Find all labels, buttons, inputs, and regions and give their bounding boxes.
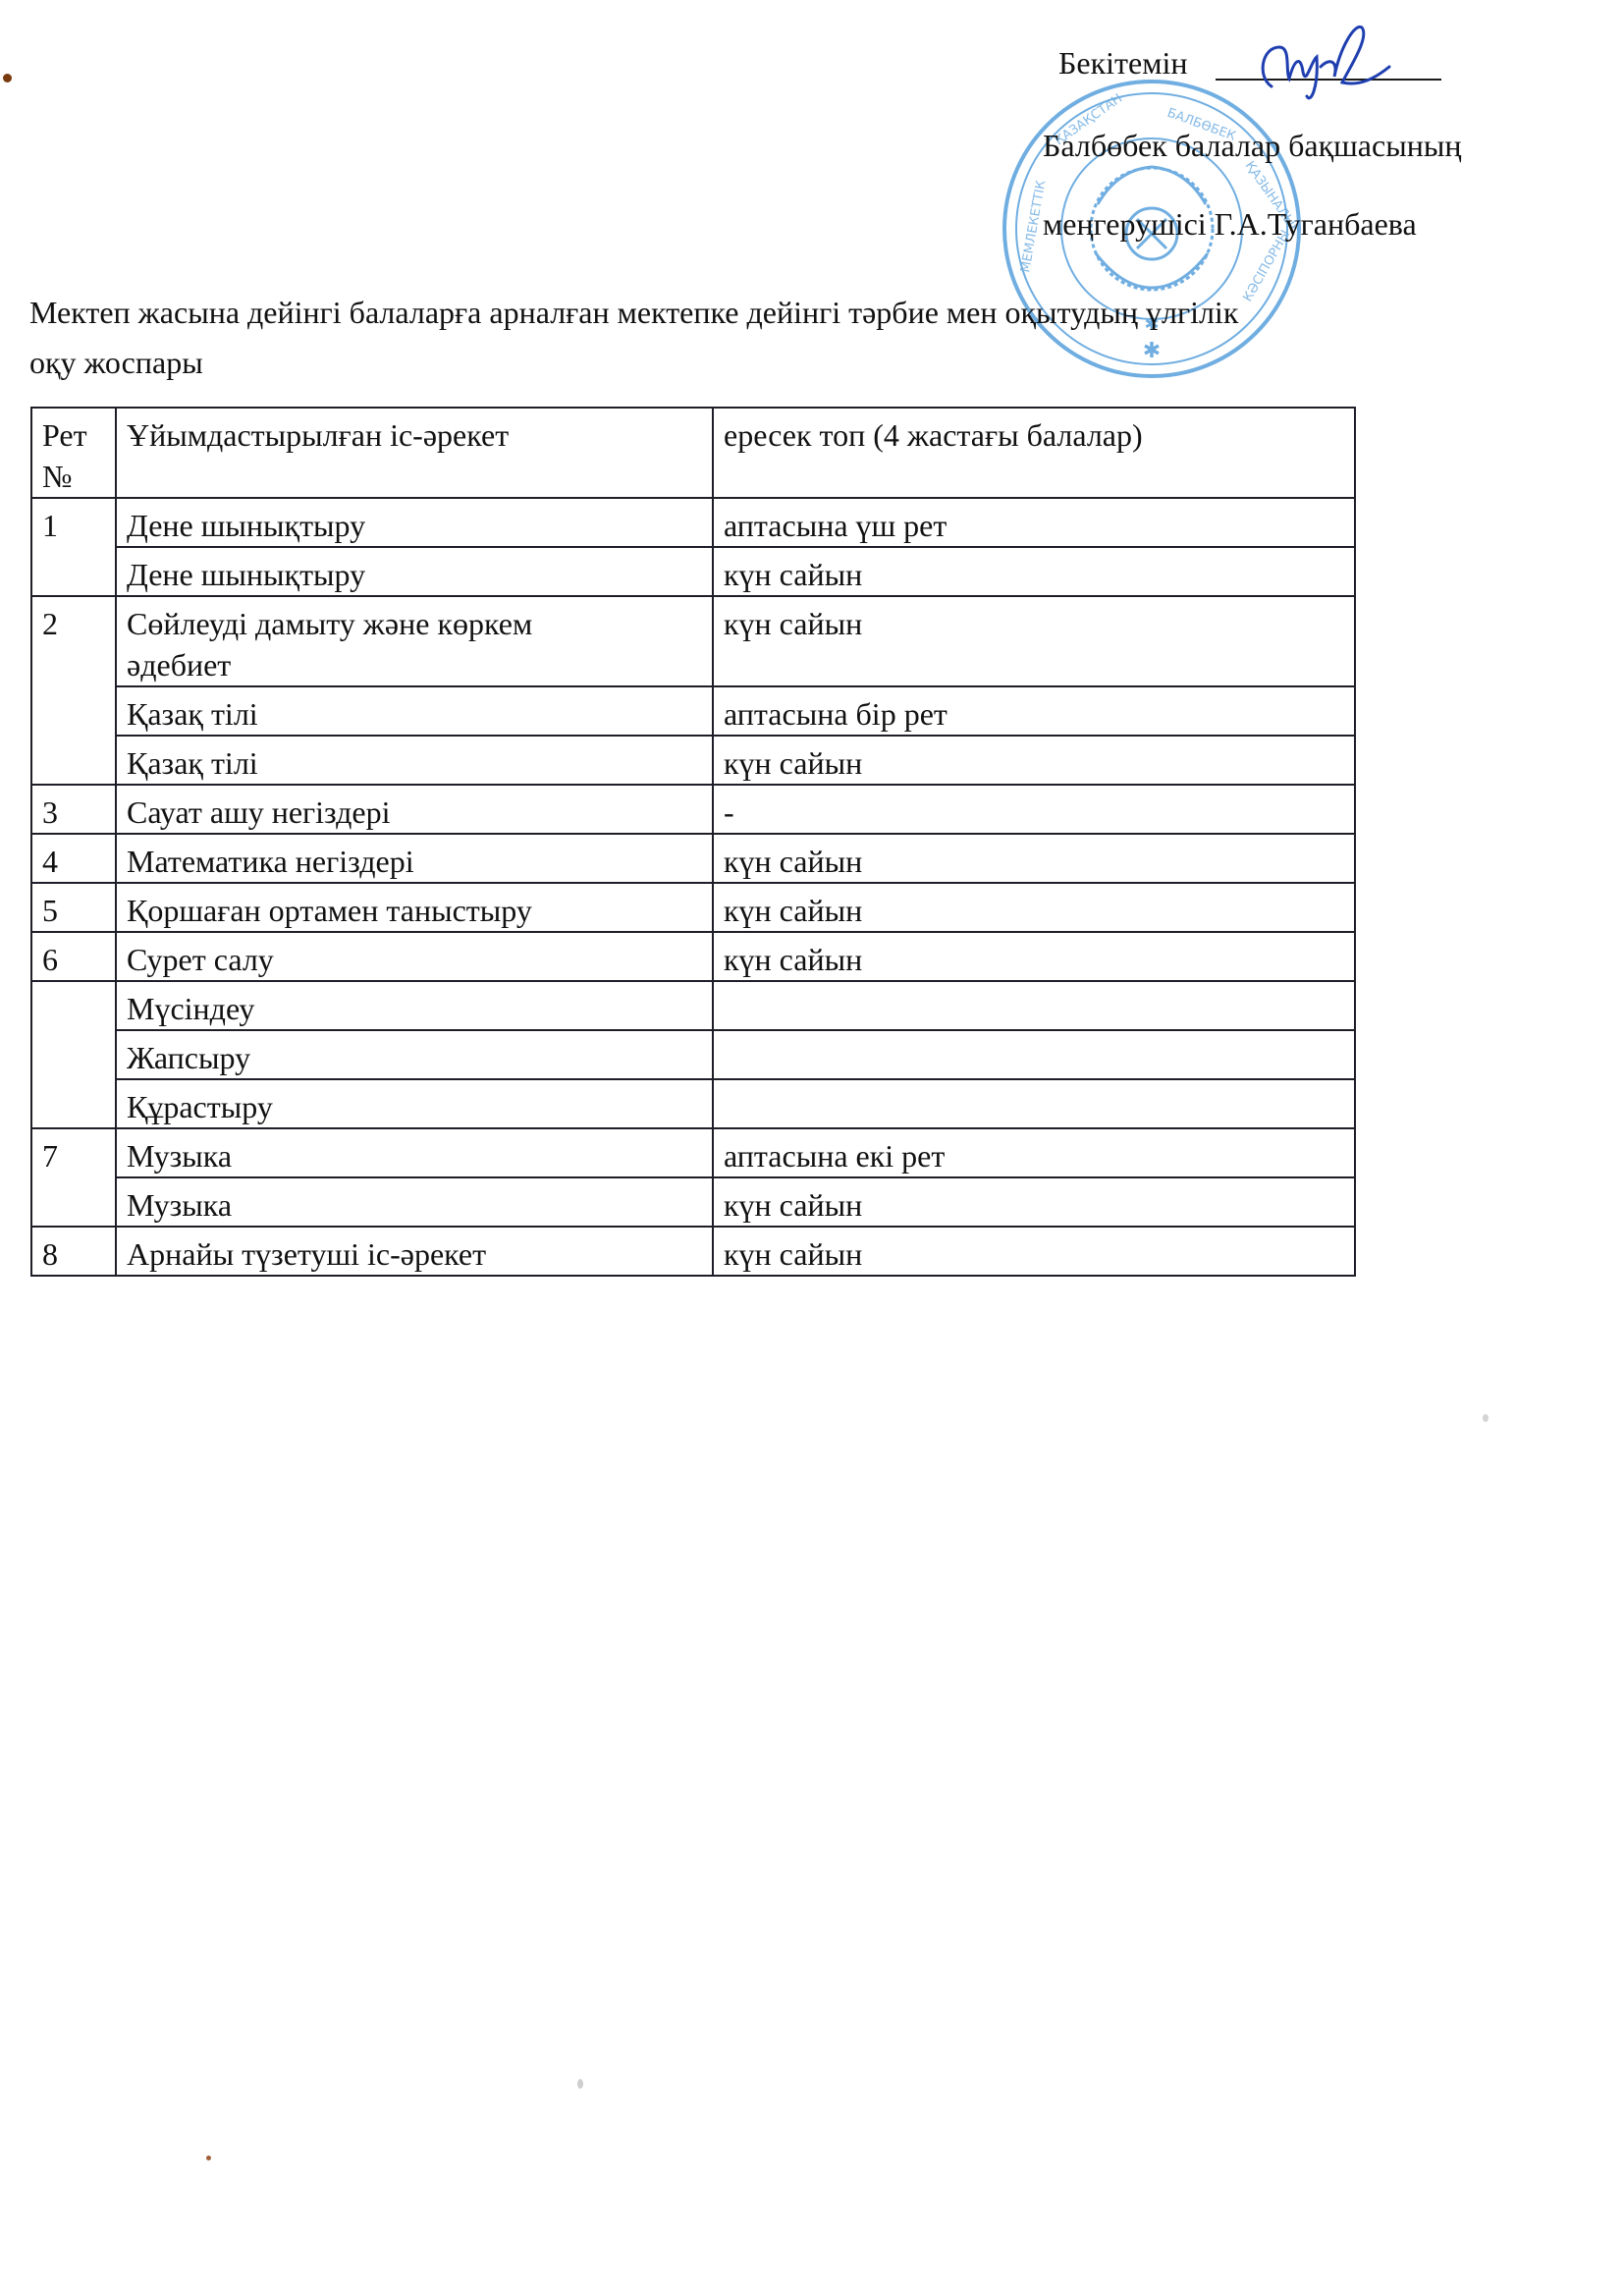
svg-text:✱: ✱ bbox=[1143, 339, 1161, 363]
row-num: 2 bbox=[31, 596, 116, 785]
row-activity: Дене шынықтыру bbox=[116, 498, 713, 547]
signature-mark bbox=[1252, 18, 1399, 106]
row-activity: Арнайы түзетуші іс-әрекет bbox=[116, 1227, 713, 1276]
row-frequency: күн сайын bbox=[713, 736, 1355, 785]
row-num: 4 bbox=[31, 834, 116, 883]
document-title-line-1: Мектеп жасына дейінгі балаларға арналған… bbox=[29, 297, 1238, 328]
row-activity: Жапсыру bbox=[116, 1030, 713, 1079]
curriculum-table: Рет № Ұйымдастырылған іс-әрекет ересек т… bbox=[30, 407, 1356, 1277]
row-frequency: күн сайын bbox=[713, 547, 1355, 596]
table-row: 1 Дене шынықтыру аптасына үш рет bbox=[31, 498, 1355, 547]
table-row: Қазақ тілі күн сайын bbox=[31, 736, 1355, 785]
table-header-row: Рет № Ұйымдастырылған іс-әрекет ересек т… bbox=[31, 408, 1355, 498]
row-activity: Қазақ тілі bbox=[116, 736, 713, 785]
header-group: ересек топ (4 жастағы балалар) bbox=[713, 408, 1355, 498]
row-num: 1 bbox=[31, 498, 116, 596]
row-num: 8 bbox=[31, 1227, 116, 1276]
row-num: 3 bbox=[31, 785, 116, 834]
table-row: Музыка күн сайын bbox=[31, 1177, 1355, 1227]
row-activity: Қоршаған ортамен таныстыру bbox=[116, 883, 713, 932]
organization-name: Балбөбек балалар бақшасының bbox=[1043, 130, 1461, 161]
row-frequency: аптасына екі рет bbox=[713, 1128, 1355, 1177]
row-frequency bbox=[713, 1079, 1355, 1128]
row-frequency: күн сайын bbox=[713, 1177, 1355, 1227]
row-activity: Қазақ тілі bbox=[116, 686, 713, 736]
table-row: Құрастыру bbox=[31, 1079, 1355, 1128]
table-row: 8 Арнайы түзетуші іс-әрекет күн сайын bbox=[31, 1227, 1355, 1276]
row-frequency bbox=[713, 981, 1355, 1030]
table-row: 2 Сөйлеуді дамыту және көркем әдебиет кү… bbox=[31, 596, 1355, 686]
scan-speck bbox=[3, 74, 12, 82]
scan-speck bbox=[206, 2156, 211, 2160]
row-frequency: - bbox=[713, 785, 1355, 834]
row-num: 7 bbox=[31, 1128, 116, 1227]
scan-speck bbox=[1483, 1414, 1489, 1422]
row-activity: Мүсіндеу bbox=[116, 981, 713, 1030]
header-num: Рет № bbox=[31, 408, 116, 498]
row-num bbox=[31, 981, 116, 1128]
row-num: 6 bbox=[31, 932, 116, 981]
row-activity: Дене шынықтыру bbox=[116, 547, 713, 596]
row-frequency: күн сайын bbox=[713, 883, 1355, 932]
approval-label: Бекітемін bbox=[1058, 47, 1187, 79]
table-row: 4 Математика негіздері күн сайын bbox=[31, 834, 1355, 883]
row-frequency: аптасына бір рет bbox=[713, 686, 1355, 736]
row-frequency: күн сайын bbox=[713, 1227, 1355, 1276]
table-row: 6 Сурет салу күн сайын bbox=[31, 932, 1355, 981]
scan-speck bbox=[577, 2079, 583, 2089]
table-row: 5 Қоршаған ортамен таныстыру күн сайын bbox=[31, 883, 1355, 932]
table-row: Дене шынықтыру күн сайын bbox=[31, 547, 1355, 596]
row-num: 5 bbox=[31, 883, 116, 932]
row-activity: Математика негіздері bbox=[116, 834, 713, 883]
header-activity: Ұйымдастырылған іс-әрекет bbox=[116, 408, 713, 498]
table-row: Мүсіндеу bbox=[31, 981, 1355, 1030]
table-row: Қазақ тілі аптасына бір рет bbox=[31, 686, 1355, 736]
row-frequency: күн сайын bbox=[713, 596, 1355, 686]
head-name: меңгерушісі Г.А.Туганбаева bbox=[1043, 208, 1417, 240]
row-activity: Музыка bbox=[116, 1128, 713, 1177]
row-frequency: күн сайын bbox=[713, 932, 1355, 981]
table-row: 7 Музыка аптасына екі рет bbox=[31, 1128, 1355, 1177]
row-frequency: күн сайын bbox=[713, 834, 1355, 883]
row-frequency bbox=[713, 1030, 1355, 1079]
row-frequency: аптасына үш рет bbox=[713, 498, 1355, 547]
row-activity: Сөйлеуді дамыту және көркем әдебиет bbox=[116, 596, 713, 686]
table-row: Жапсыру bbox=[31, 1030, 1355, 1079]
row-activity: Сауат ашу негіздері bbox=[116, 785, 713, 834]
table-row: 3 Сауат ашу негіздері - bbox=[31, 785, 1355, 834]
row-activity: Музыка bbox=[116, 1177, 713, 1227]
row-activity: Сурет салу bbox=[116, 932, 713, 981]
row-activity: Құрастыру bbox=[116, 1079, 713, 1128]
document-title-line-2: оқу жоспары bbox=[29, 347, 203, 378]
